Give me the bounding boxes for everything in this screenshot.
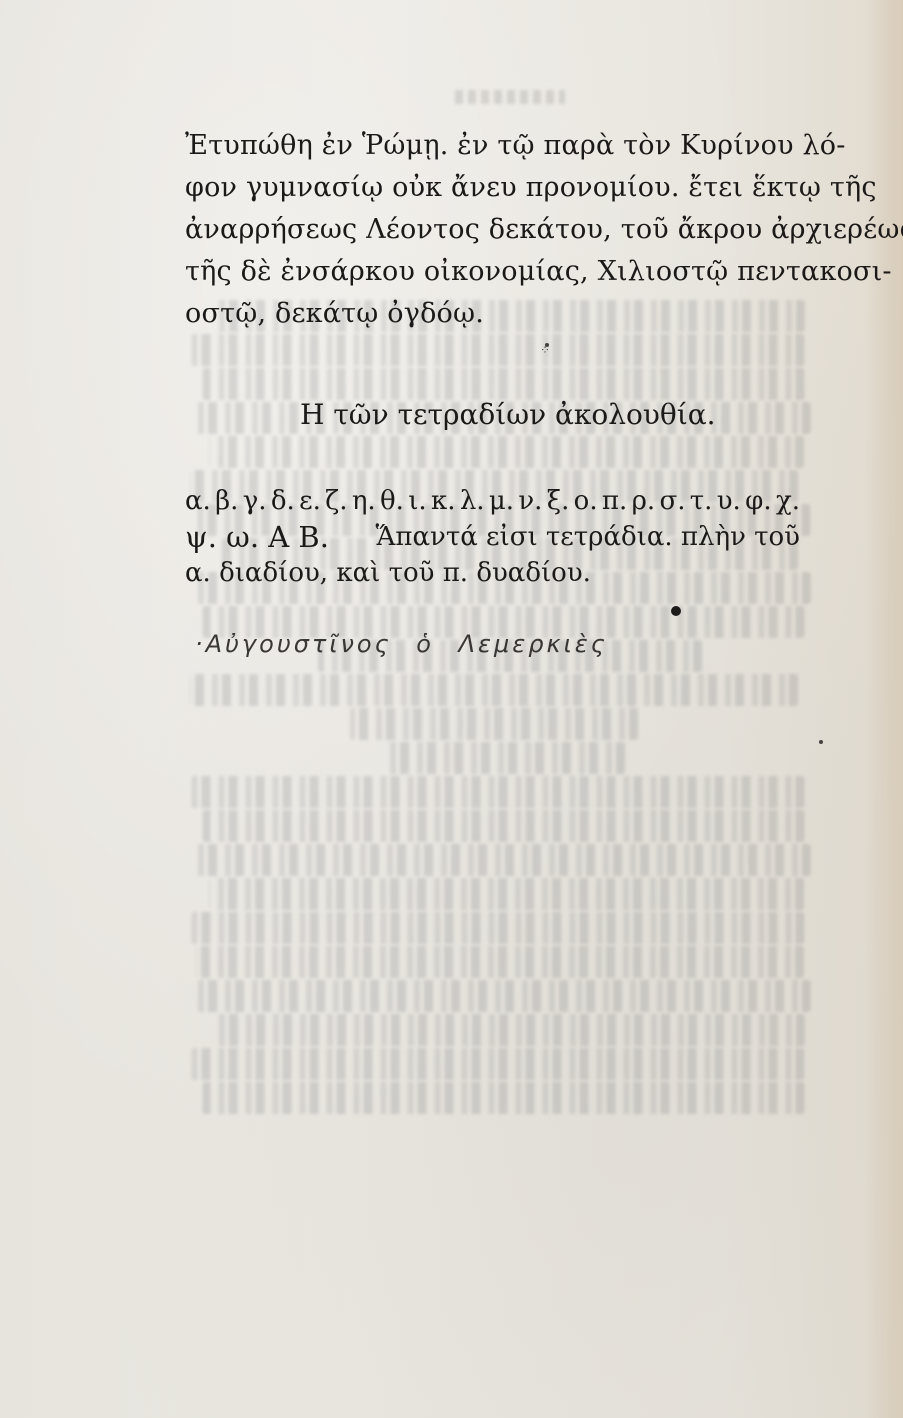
colophon-line-3: ἀναρρήσεως Λέοντος δεκάτου, τοῦ ἄκρου ἀρ… bbox=[185, 209, 800, 251]
signature-letter: θ. bbox=[380, 483, 404, 519]
register-note-part-2: α. διαδίου, καὶ τοῦ π. δυαδίου. bbox=[185, 555, 800, 591]
signature-letter: β. bbox=[215, 483, 238, 519]
ink-speck bbox=[819, 740, 823, 744]
bleed-through-running-head bbox=[455, 90, 565, 104]
signature-letter: ζ. bbox=[325, 483, 347, 519]
book-page: Ἐτυπώθη ἐν Ῥώμῃ. ἐν τῷ παρὰ τὸν Κυρίνου … bbox=[0, 0, 903, 1418]
signature-letter: δ. bbox=[271, 483, 295, 519]
signature-letter: ξ. bbox=[547, 483, 570, 519]
signature-letters-line-2: ψ. ω. Α Β. Ἅπαντά εἰσι τετράδια. πλὴν το… bbox=[185, 519, 800, 555]
signature-letter: χ. bbox=[776, 483, 800, 519]
signature-letter: η. bbox=[352, 483, 376, 519]
signature-letter: λ. bbox=[460, 483, 485, 519]
signature-letter: κ. bbox=[431, 483, 456, 519]
signature-letter: μ. bbox=[489, 483, 514, 519]
ink-speck bbox=[545, 343, 549, 347]
signature-letter: ρ. bbox=[632, 483, 656, 519]
signature-letter: σ. bbox=[659, 483, 685, 519]
page-edge-shadow bbox=[863, 0, 903, 1418]
register-note-part-1: Ἅπαντά εἰσι τετράδια. πλὴν τοῦ bbox=[376, 519, 800, 555]
register-heading: Η τῶν τετραδίων ἀκολουθία. bbox=[300, 395, 716, 435]
signature-letter: ν. bbox=[518, 483, 542, 519]
register-of-quires: α. β. γ. δ. ε. ζ. η. θ. ι. κ. λ. μ. ν. ξ… bbox=[185, 483, 800, 591]
colophon-line-1: Ἐτυπώθη ἐν Ῥώμῃ. ἐν τῷ παρὰ τὸν Κυρίνου … bbox=[185, 125, 800, 167]
colophon: Ἐτυπώθη ἐν Ῥώμῃ. ἐν τῷ παρὰ τὸν Κυρίνου … bbox=[185, 125, 800, 335]
signature-letters-end: ψ. ω. Α Β. bbox=[185, 519, 355, 555]
colophon-line-4: τῆς δὲ ἐνσάρκου οἰκονομίας, Χιλιοστῷ πεν… bbox=[185, 251, 800, 293]
signature-letter: π. bbox=[602, 483, 627, 519]
signature-letter: φ. bbox=[745, 483, 771, 519]
colophon-line-5: οστῷ, δεκάτῳ ὀγδόῳ. bbox=[185, 293, 800, 335]
signature-letter: ο. bbox=[574, 483, 598, 519]
signature-letter: ι. bbox=[408, 483, 426, 519]
colophon-line-2: φον γυμνασίῳ οὐκ ἄνευ προνομίου. ἔτει ἕκ… bbox=[185, 167, 800, 209]
printed-text-block: Ἐτυπώθη ἐν Ῥώμῃ. ἐν τῷ παρὰ τὸν Κυρίνου … bbox=[185, 125, 800, 335]
signature-letter: υ. bbox=[717, 483, 741, 519]
signature-letter: τ. bbox=[690, 483, 713, 519]
signature-letter: ε. bbox=[299, 483, 321, 519]
signature-letter: γ. bbox=[243, 483, 267, 519]
handwritten-ownership-note: ·Αὐγουστῖνος ὁ Λεμερκιὲς bbox=[195, 630, 608, 658]
signature-letters-line-1: α. β. γ. δ. ε. ζ. η. θ. ι. κ. λ. μ. ν. ξ… bbox=[185, 483, 800, 519]
signature-letter: α. bbox=[185, 483, 211, 519]
ink-spot bbox=[671, 606, 681, 616]
